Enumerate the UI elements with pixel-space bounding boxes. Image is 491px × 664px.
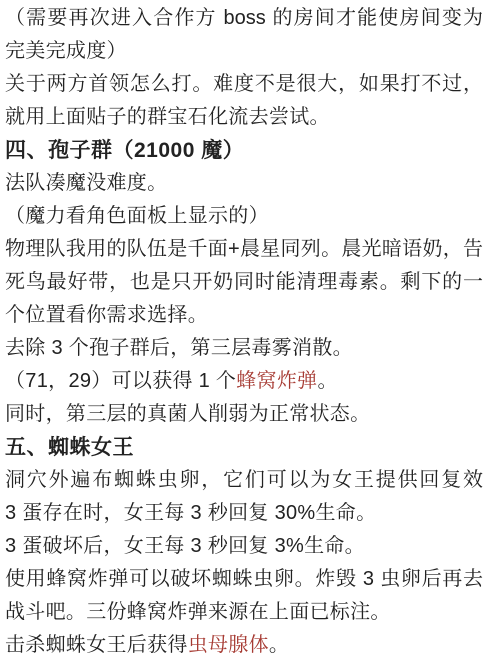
text-line: 3 蛋存在时，女王每 3 秒回复 30%生命。 [0,497,491,530]
text-line: 洞穴外遍布蜘蛛虫卵，它们可以为女王提供回复效果。 [0,464,491,497]
text-line: 3 蛋破坏后，女王每 3 秒回复 3%生命。 [0,530,491,563]
text-line: 法队凑魔没难度。 [0,167,491,200]
section-heading-spider-queen: 五、蜘蛛女王 [0,431,491,464]
text-line: 使用蜂窝炸弹可以破坏蜘蛛虫卵。炸毁 3 虫卵后再去 [0,563,491,596]
text-line: 就用上面贴子的群宝石化流去尝试。 [0,101,491,134]
text-line: 死鸟最好带，也是只开奶同时能清理毒素。剩下的一 [0,266,491,299]
text-segment: （71，29）可以获得 1 个 [5,370,236,392]
text-line: 战斗吧。三份蜂窝炸弹来源在上面已标注。 [0,596,491,629]
highlighted-term-broodmother-gland: 虫母腺体 [188,634,269,656]
text-line: 关于两方首领怎么打。难度不是很大，如果打不过， [0,68,491,101]
text-segment: 。 [269,634,289,656]
text-line: （魔力看角色面板上显示的） [0,200,491,233]
section-heading-spore-cluster: 四、孢子群（21000 魔） [0,134,491,167]
text-segment: 击杀蜘蛛女王后获得 [5,634,188,656]
guide-article-page: （需要再次进入合作方 boss 的房间才能使房间变为 完美完成度） 关于两方首领… [0,0,491,664]
text-line: （需要再次进入合作方 boss 的房间才能使房间变为 [0,2,491,35]
text-line: 个位置看你需求选择。 [0,299,491,332]
text-line-with-highlight: 击杀蜘蛛女王后获得虫母腺体。 [0,629,491,662]
text-line: 去除 3 个孢子群后，第三层毒雾消散。 [0,332,491,365]
text-line: 物理队我用的队伍是千面+晨星同列。晨光暗语奶，告 [0,233,491,266]
text-line: 同时，第三层的真菌人削弱为正常状态。 [0,398,491,431]
text-line-with-highlight: （71，29）可以获得 1 个蜂窝炸弹。 [0,365,491,398]
highlighted-term-honeycomb-bomb: 蜂窝炸弹 [236,370,317,392]
text-line: 完美完成度） [0,35,491,68]
text-segment: 。 [317,370,337,392]
